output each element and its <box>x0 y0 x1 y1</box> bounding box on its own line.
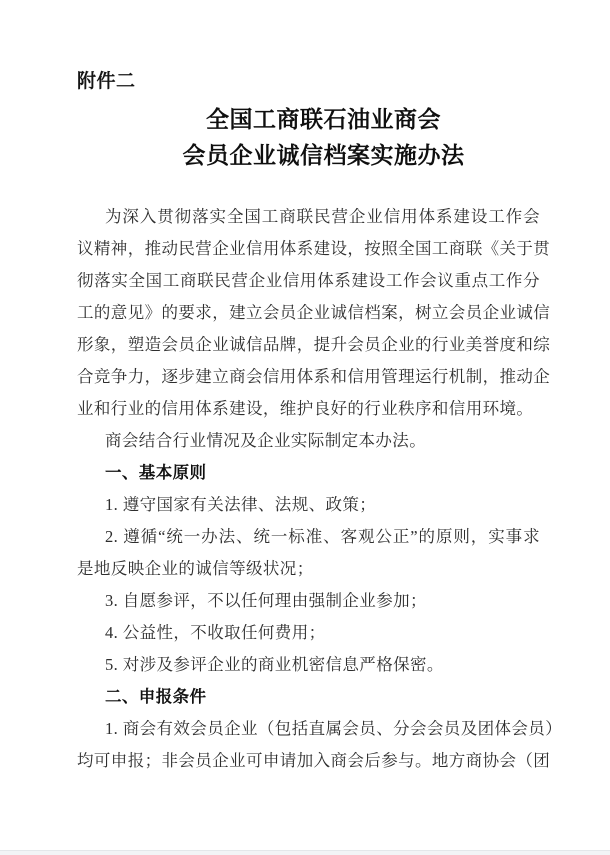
section-1-heading-line-1: 一、基本原则 <box>77 457 540 489</box>
principle-item-5-line-1: 5. 对涉及参评企业的商业机密信息严格保密。 <box>77 649 540 681</box>
principle-item-2-line-2: 是地反映企业的诚信等级状况； <box>77 553 540 585</box>
application-item-1-line-2: 均可申报；非会员企业可申请加入商会后参与。地方商协会（团 <box>77 745 540 777</box>
document-title-line-2: 会员企业诚信档案实施办法 <box>107 138 540 174</box>
intro-paragraph-line-6: 合竞争力，逐步建立商会信用体系和信用管理运行机制，推动企 <box>77 361 540 393</box>
document-body: 为深入贯彻落实全国工商联民营企业信用体系建设工作会议精神，推动民营企业信用体系建… <box>77 201 540 777</box>
attachment-label: 附件二 <box>77 66 540 98</box>
principle-item-1-line-1: 1. 遵守国家有关法律、法规、政策； <box>77 489 540 521</box>
intro-paragraph-line-3: 彻落实全国工商联民营企业信用体系建设工作会议重点工作分 <box>77 265 540 297</box>
intro-paragraph-line-2: 议精神，推动民营企业信用体系建设，按照全国工商联《关于贯 <box>77 233 540 265</box>
document-title: 全国工商联石油业商会 会员企业诚信档案实施办法 <box>77 102 540 174</box>
page-bottom-edge <box>0 850 610 855</box>
section-2-heading-line-1: 二、申报条件 <box>77 681 540 713</box>
document-title-line-1: 全国工商联石油业商会 <box>107 102 540 138</box>
principle-item-3-line-1: 3. 自愿参评，不以任何理由强制企业参加； <box>77 585 540 617</box>
document-content: 附件二 全国工商联石油业商会 会员企业诚信档案实施办法 为深入贯彻落实全国工商联… <box>0 0 610 777</box>
application-item-1-line-1: 1. 商会有效会员企业（包括直属会员、分会会员及团体会员） <box>77 713 540 745</box>
intro-paragraph-line-4: 工的意见》的要求，建立会员企业诚信档案，树立会员企业诚信 <box>77 297 540 329</box>
method-basis-paragraph-line-1: 商会结合行业情况及企业实际制定本办法。 <box>77 425 540 457</box>
intro-paragraph-line-5: 形象，塑造会员企业诚信品牌，提升会员企业的行业美誉度和综 <box>77 329 540 361</box>
principle-item-2-line-1: 2. 遵循“统一办法、统一标准、客观公正”的原则，实事求 <box>77 521 540 553</box>
intro-paragraph-line-1: 为深入贯彻落实全国工商联民营企业信用体系建设工作会 <box>77 201 540 233</box>
intro-paragraph-line-7: 业和行业的信用体系建设，维护良好的行业秩序和信用环境。 <box>77 393 540 425</box>
document-page: 附件二 全国工商联石油业商会 会员企业诚信档案实施办法 为深入贯彻落实全国工商联… <box>0 0 610 855</box>
principle-item-4-line-1: 4. 公益性，不收取任何费用； <box>77 617 540 649</box>
